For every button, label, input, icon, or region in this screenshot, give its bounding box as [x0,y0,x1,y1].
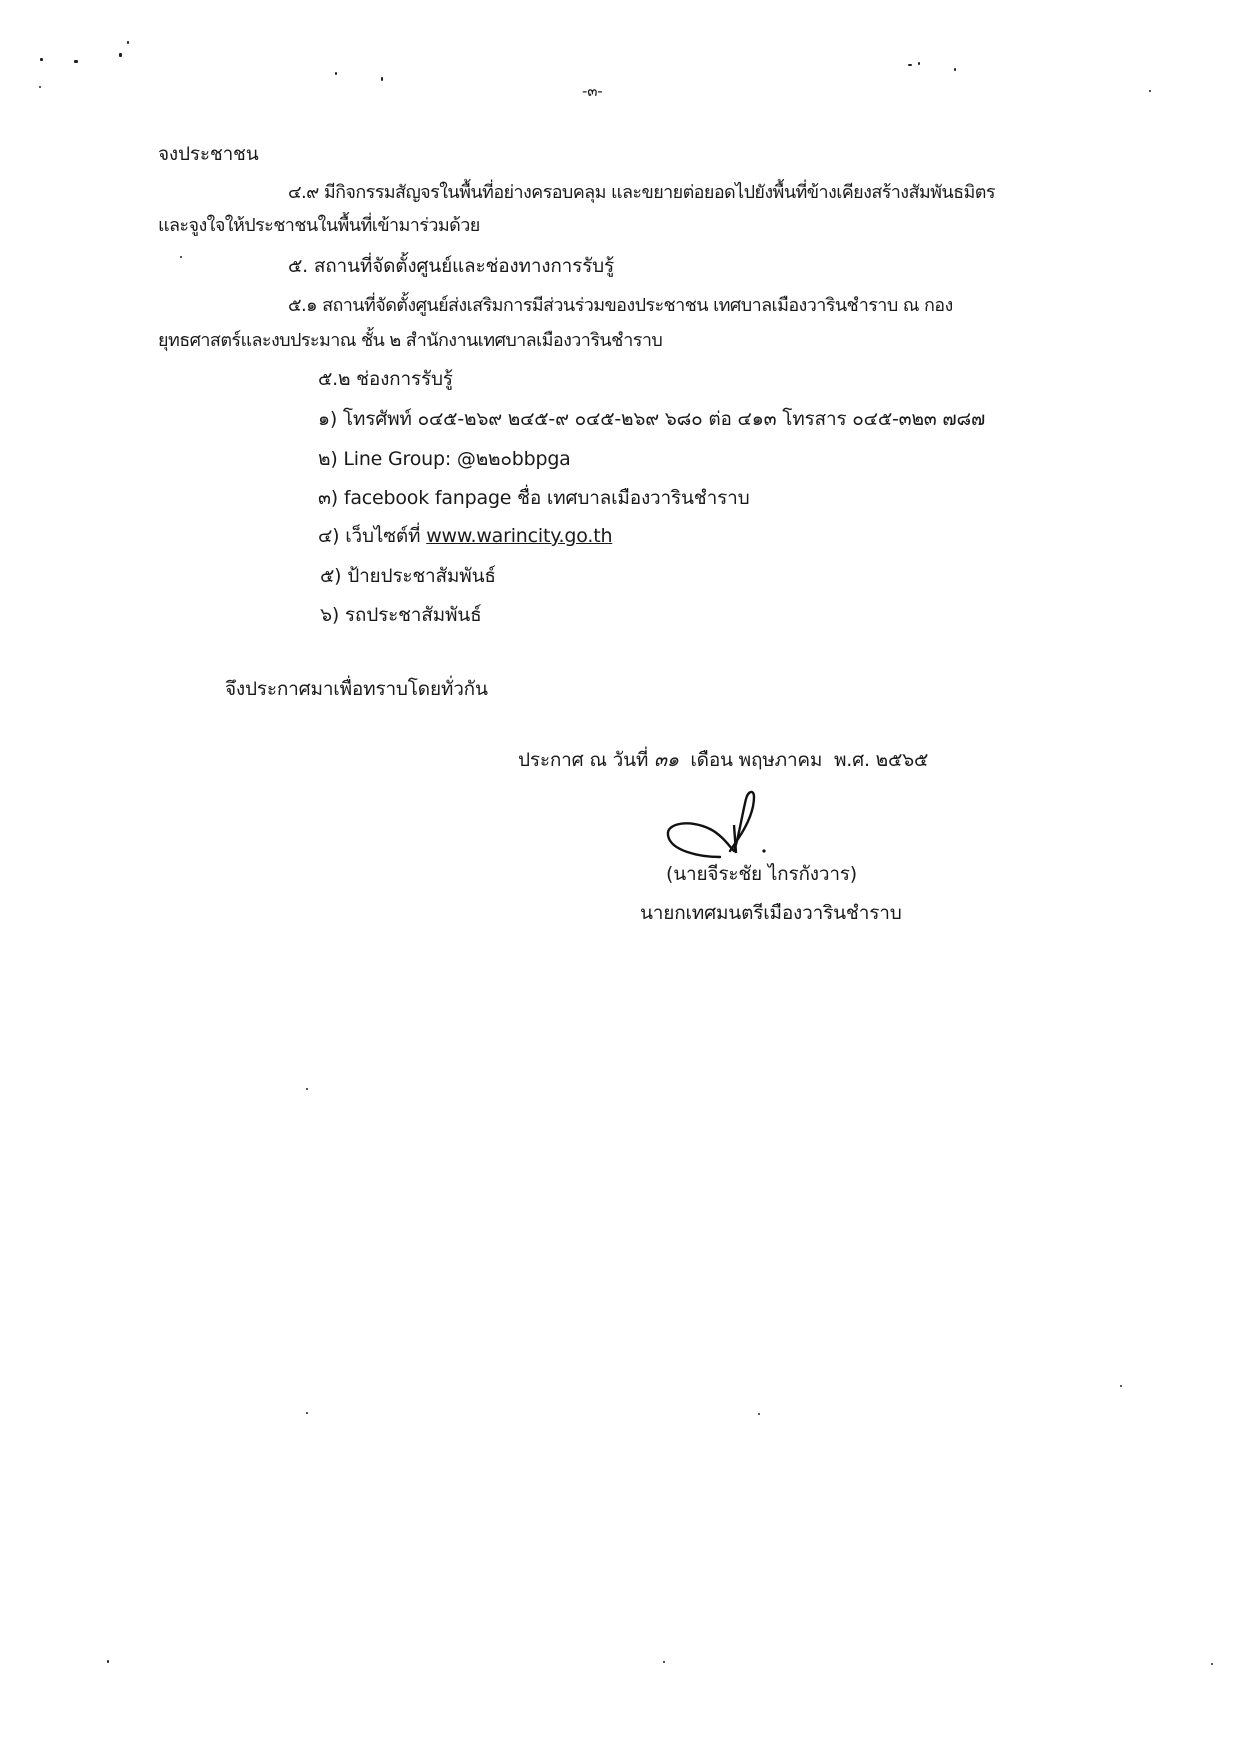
scan-speck [119,53,122,57]
scan-speck [39,86,41,88]
channel-line-group: ๒) Line Group: @๒๒๐bbpga [318,446,571,472]
scan-speck [107,1660,109,1663]
scan-speck [908,64,912,66]
signature-icon [660,785,780,865]
page-number: -๓- [582,78,602,104]
channel-website: ๔) เว็บไซต์ที่ www.warincity.go.th [318,523,612,549]
scan-speck [758,1413,760,1415]
scan-speck [954,68,956,71]
scan-speck [663,1661,665,1663]
channel-signboard: ๕) ป้ายประชาสัมพันธ์ [320,563,496,589]
scan-speck [180,256,182,258]
announcement-date: ประกาศ ณ วันที่ ๓๑ เดือน พฤษภาคม พ.ศ. ๒๕… [518,747,928,773]
scan-speck [1211,1663,1213,1665]
item-4-9-line1: ๔.๙ มีกิจกรรมสัญจรในพื้นที่อย่างครอบคลุม… [288,180,995,206]
scan-speck [306,1088,308,1090]
channel-phone: ๑) โทรศัพท์ ๐๔๕-๒๖๙ ๒๔๕-๙ ๐๔๕-๒๖๙ ๖๘๐ ต่… [318,406,985,432]
scan-speck [127,41,129,44]
date-year: พ.ศ. ๒๕๖๕ [834,749,928,771]
scan-speck [918,62,920,65]
scan-speck [335,72,337,75]
closing-statement: จึงประกาศมาเพื่อทราบโดยทั่วกัน [225,676,488,702]
continuation-line: จงประชาชน [158,141,259,167]
scan-speck [1149,90,1151,92]
signatory-name: (นายจีระชัย ไกรกังวาร) [666,861,857,887]
channel-website-prefix: ๔) เว็บไซต์ที่ [318,525,426,547]
channel-pr-vehicle: ๖) รถประชาสัมพันธ์ [320,602,482,628]
date-day: ๓๑ [654,749,679,771]
website-link[interactable]: www.warincity.go.th [426,525,612,547]
document-page: -๓- จงประชาชน ๔.๙ มีกิจกรรมสัญจรในพื้นที… [0,0,1239,1754]
date-prefix: ประกาศ ณ วันที่ [518,749,648,771]
section-5-heading: ๕. สถานที่จัดตั้งศูนย์และช่องทางการรับรู… [288,253,614,279]
scan-speck [1120,1385,1122,1387]
scan-speck [306,1412,308,1414]
item-4-9-line2: และจูงใจให้ประชาชนในพื้นที่เข้ามาร่วมด้ว… [158,213,480,239]
scan-speck [40,58,43,61]
channel-facebook: ๓) facebook fanpage ชื่อ เทศบาลเมืองวาริ… [318,485,749,511]
item-5-2-heading: ๕.๒ ช่องการรับรู้ [318,366,453,392]
item-5-1-line2: ยุทธศาสตร์และงบประมาณ ชั้น ๒ สำนักงานเทศ… [158,328,662,354]
scan-speck [381,77,383,81]
date-month: เดือน พฤษภาคม [690,749,822,771]
signatory-position: นายกเทศมนตรีเมืองวารินชำราบ [640,900,902,926]
scan-speck [74,60,78,63]
item-5-1-line1: ๕.๑ สถานที่จัดตั้งศูนย์ส่งเสริมการมีส่วน… [288,293,953,319]
